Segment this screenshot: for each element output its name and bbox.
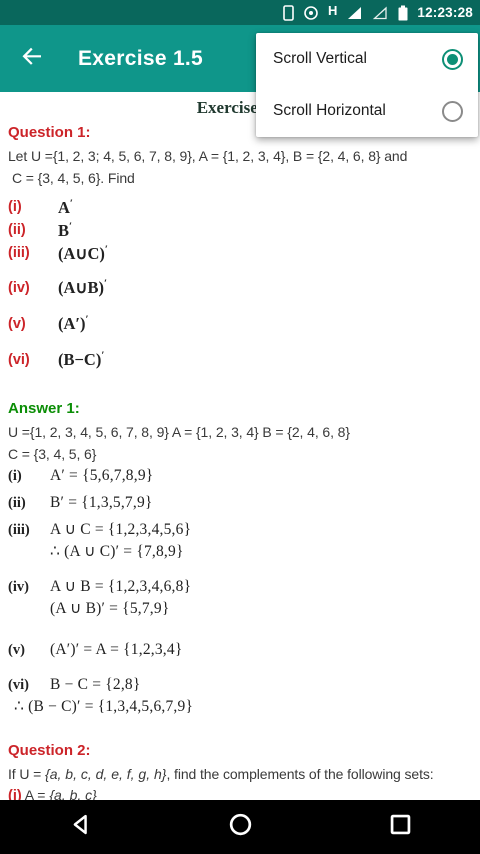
question1-item-ii: (ii) B′ [8, 220, 472, 241]
item-expression: B′ [58, 220, 72, 241]
answer1-universe-line: U ={1, 2, 3, 4, 5, 6, 7, 8, 9} A = {1, 2… [8, 421, 472, 443]
item-label: (i) [8, 197, 58, 218]
question2-block: Question 2: If U = {a, b, c, d, e, f, g,… [8, 742, 472, 800]
menu-item-label: Scroll Horizontal [273, 102, 386, 120]
signal-empty-icon [372, 5, 389, 21]
answer1-row-iv: (iv) A ∪ B = {1,2,3,4,6,8} [8, 576, 472, 598]
answer-math: A ∪ B = {1,2,3,4,6,8} [50, 576, 191, 598]
answer-math: A ∪ C = {1,2,3,4,5,6} [50, 519, 191, 541]
network-type-label: H [328, 4, 337, 17]
answer-label: (v) [8, 639, 50, 661]
home-icon [227, 811, 254, 843]
item-expression: (A∪B)′ [58, 276, 107, 300]
answer-label: (iii) [8, 519, 50, 541]
answer-math: (A′)′ = A = {1,2,3,4} [50, 639, 182, 661]
answer1-row-vi-result: ∴ (B − C)′ = {1,3,4,5,6,7,9} [8, 696, 472, 718]
answer-math: (A ∪ B)′ = {5,7,9} [50, 598, 169, 620]
radio-button-icon[interactable] [442, 49, 463, 70]
question1-item-i: (i) A′ [8, 197, 472, 218]
answer-label: (iv) [8, 576, 50, 598]
hotspot-icon [303, 5, 319, 21]
item-label: (i) [8, 788, 22, 800]
item-expression: A′ [58, 197, 73, 218]
item-label: (iv) [8, 276, 58, 300]
question2-item-i: (i) A = {a, b, c} [8, 785, 472, 800]
page-title: Exercise 1.5 [78, 47, 203, 71]
nav-back-button[interactable] [0, 800, 160, 854]
question1-item-iii: (iii) (A∪C)′ [8, 243, 472, 264]
item-label: (iii) [8, 243, 58, 264]
answer-math: ∴ (B − C)′ = {1,3,4,5,6,7,9} [14, 696, 193, 718]
answer1-row-iv-result: (A ∪ B)′ = {5,7,9} [8, 598, 472, 620]
answer1-setc-line: C = {3, 4, 5, 6} [8, 443, 472, 465]
answer-math: ∴ (A ∪ C)′ = {7,8,9} [50, 541, 184, 563]
answer1-row-vi: (vi) B − C = {2,8} [8, 674, 472, 696]
answer1-row-ii: (ii) B′ = {1,3,5,7,9} [8, 492, 472, 514]
content-area[interactable]: Exercise 1.5 Question 1: Let U ={1, 2, 3… [0, 92, 480, 800]
status-bar: H 12:23:28 [0, 0, 480, 25]
arrow-left-icon [20, 44, 44, 73]
question1-intro-line1: Let U ={1, 2, 3; 4, 5, 6, 7, 8, 9}, A = … [8, 145, 472, 167]
answer-math: B − C = {2,8} [50, 674, 141, 696]
item-label: (v) [8, 312, 58, 336]
question1-item-vi: (vi) (B−C)′ [8, 348, 472, 372]
answer1-block: Answer 1: U ={1, 2, 3, 4, 5, 6, 7, 8, 9}… [8, 400, 472, 718]
answer-label: (vi) [8, 674, 50, 696]
phone-icon [283, 5, 294, 21]
answer-label: (i) [8, 465, 50, 487]
signal-full-icon [346, 5, 363, 21]
back-icon [67, 811, 94, 843]
answer1-row-v: (v) (A′)′ = A = {1,2,3,4} [8, 639, 472, 661]
nav-home-button[interactable] [160, 800, 320, 854]
question2-title: Question 2: [8, 742, 472, 759]
answer-label: (ii) [8, 492, 50, 514]
item-expression: (A′)′ [58, 312, 89, 336]
answer-math: B′ = {1,3,5,7,9} [50, 492, 153, 514]
android-nav-bar [0, 800, 480, 854]
answer1-row-iii-result: ∴ (A ∪ C)′ = {7,8,9} [8, 541, 472, 563]
radio-button-icon[interactable] [442, 101, 463, 122]
question1-intro-line2: C = {3, 4, 5, 6}. Find [8, 167, 472, 189]
battery-icon [398, 5, 408, 21]
item-label: (vi) [8, 348, 58, 372]
question1-items: (i) A′ (ii) B′ (iii) (A∪C)′ (iv) (A∪B)′ … [8, 197, 472, 372]
answer-math: A′ = {5,6,7,8,9} [50, 465, 153, 487]
status-clock: 12:23:28 [417, 5, 473, 20]
menu-item-scroll-vertical[interactable]: Scroll Vertical [256, 33, 478, 85]
item-label: (ii) [8, 220, 58, 241]
recents-icon [387, 811, 414, 843]
menu-item-label: Scroll Vertical [273, 50, 367, 68]
answer1-title: Answer 1: [8, 400, 472, 417]
question1-item-v: (v) (A′)′ [8, 312, 472, 336]
scroll-options-menu: Scroll Vertical Scroll Horizontal [256, 33, 478, 137]
phone-screen: H 12:23:28 Exercise 1.5 Exercise 1.5 Que… [0, 0, 480, 854]
question2-intro: If U = {a, b, c, d, e, f, g, h}, find th… [8, 763, 472, 785]
answer1-row-iii: (iii) A ∪ C = {1,2,3,4,5,6} [8, 519, 472, 541]
menu-item-scroll-horizontal[interactable]: Scroll Horizontal [256, 85, 478, 137]
nav-recents-button[interactable] [320, 800, 480, 854]
answer1-row-i: (i) A′ = {5,6,7,8,9} [8, 465, 472, 487]
back-button[interactable] [4, 31, 60, 87]
item-expression: (B−C)′ [58, 348, 104, 372]
question1-item-iv: (iv) (A∪B)′ [8, 276, 472, 300]
item-expression: (A∪C)′ [58, 243, 108, 264]
